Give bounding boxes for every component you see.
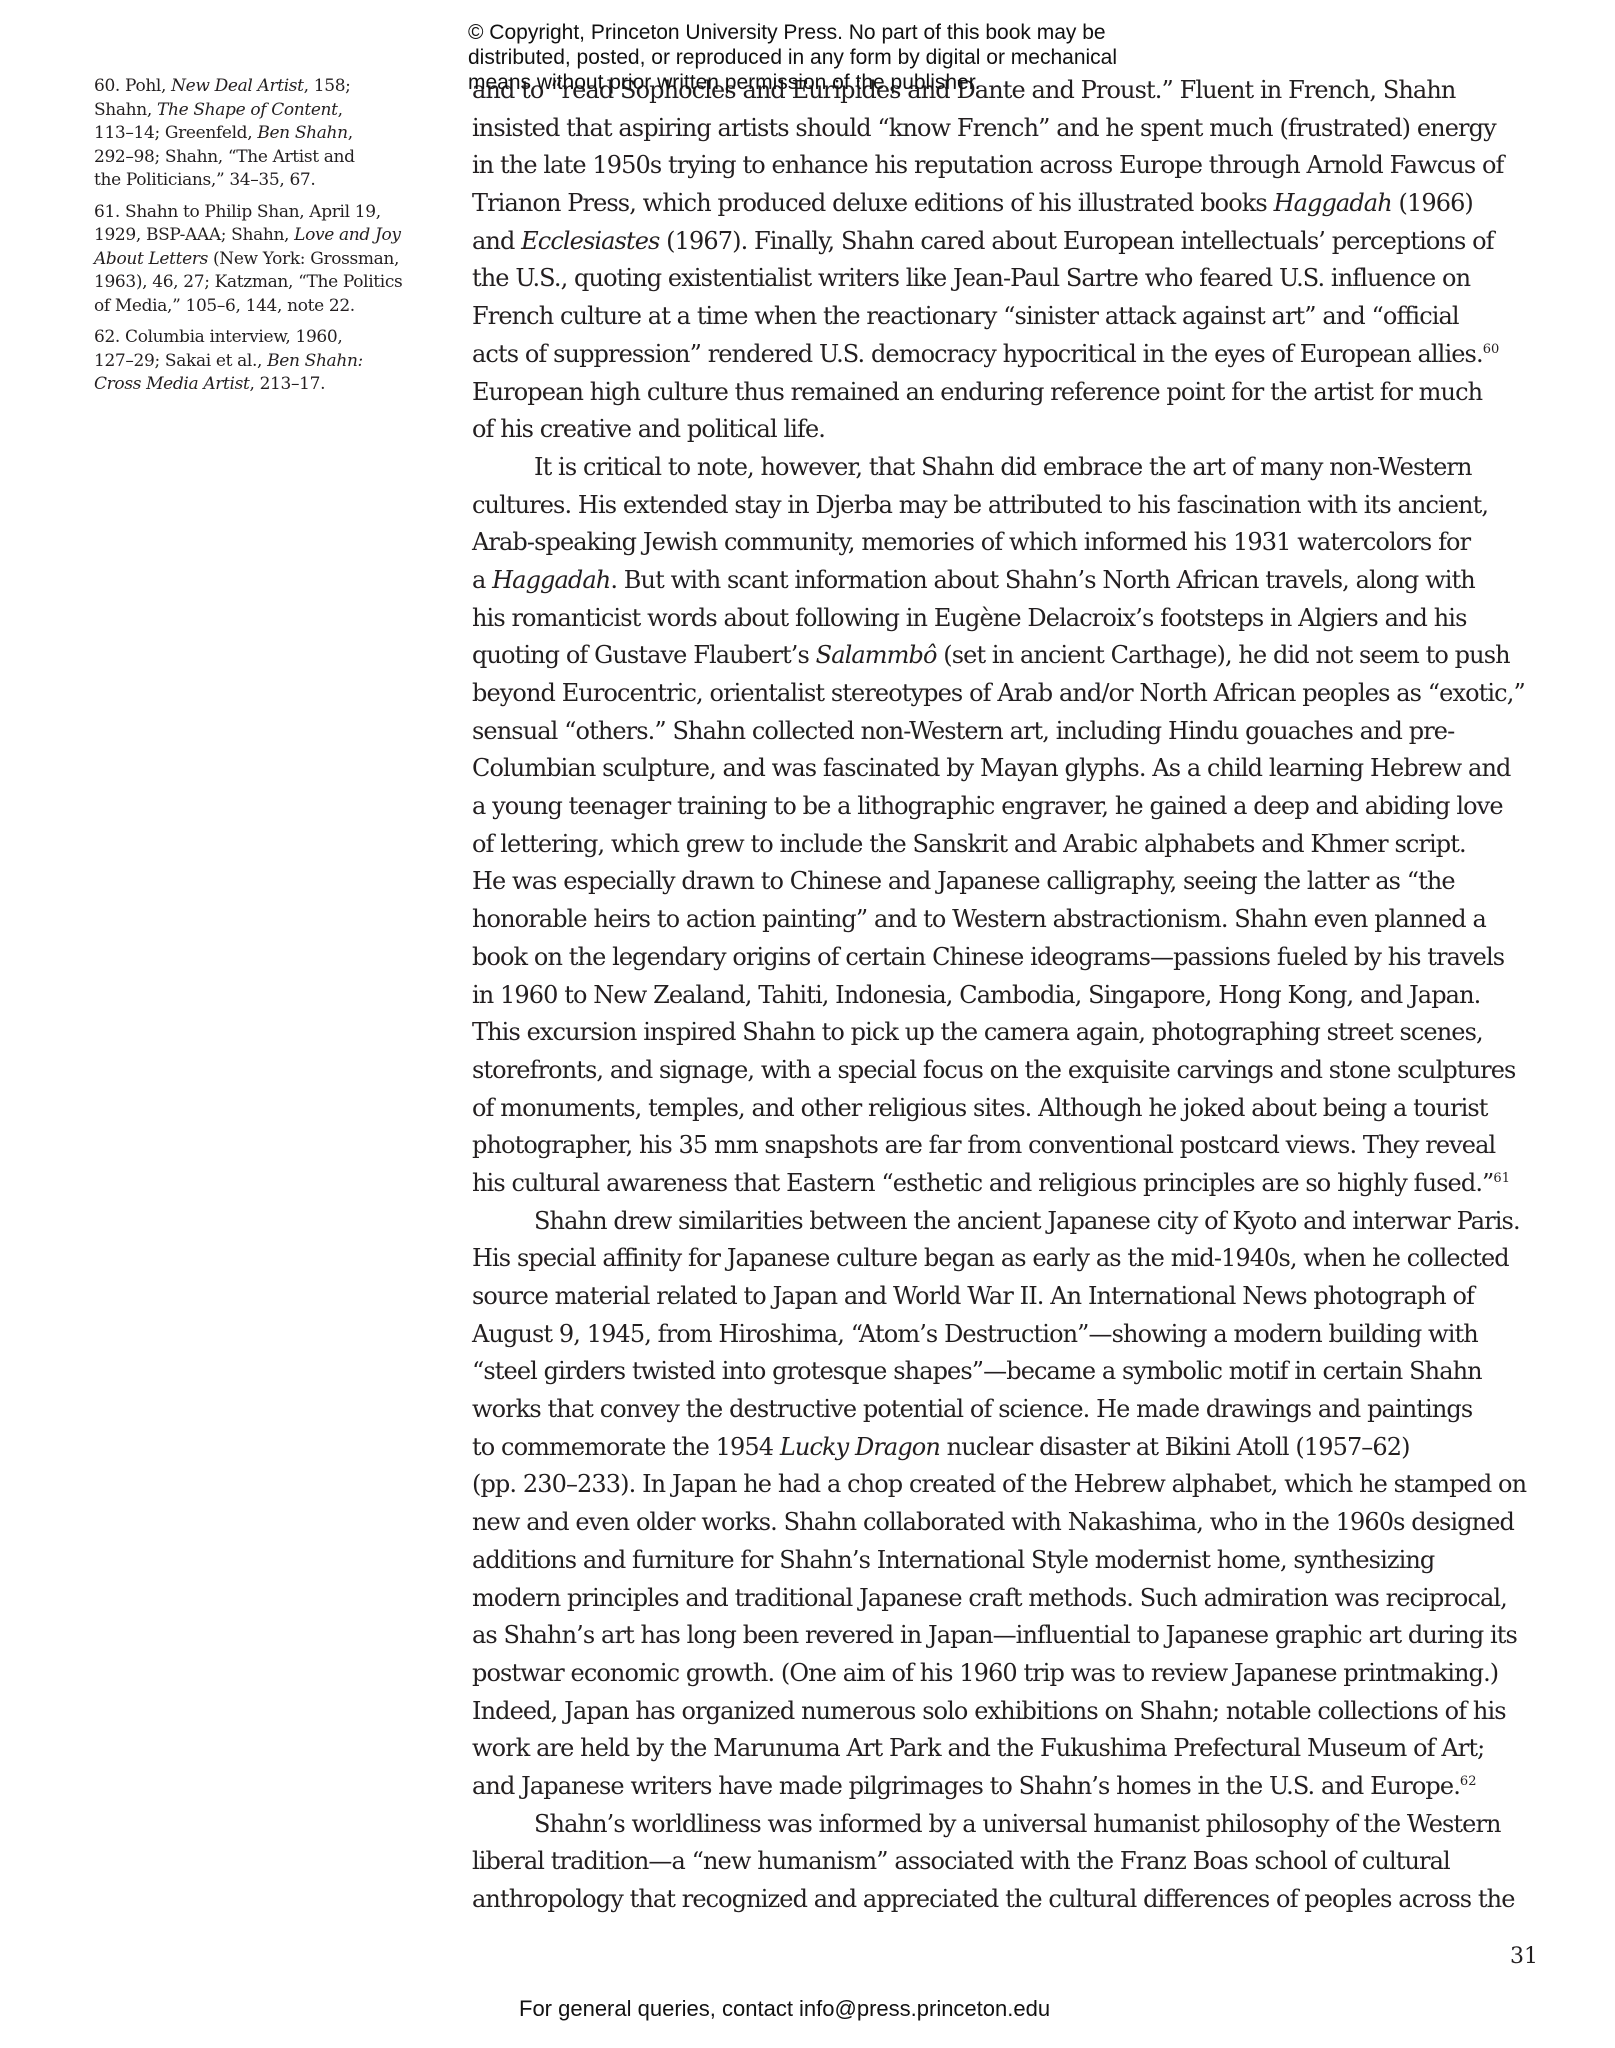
body-line: acts of suppression” rendered U.S. democ…	[472, 336, 1552, 374]
body-line: in 1960 to New Zealand, Tahiti, Indonesi…	[472, 977, 1552, 1015]
body-line: His special affinity for Japanese cultur…	[472, 1240, 1552, 1278]
body-line: He was especially drawn to Chinese and J…	[472, 863, 1552, 901]
body-line: of monuments, temples, and other religio…	[472, 1090, 1552, 1128]
footnote-line: 1929, BSP-AAA; Shahn, Love and Joy	[94, 224, 424, 248]
body-line: photographer, his 35 mm snapshots are fa…	[472, 1127, 1552, 1165]
body-line: French culture at a time when the reacti…	[472, 298, 1552, 336]
footnote-line: 1963), 46, 27; Katzman, “The Politics	[94, 271, 424, 295]
body-line: European high culture thus remained an e…	[472, 374, 1552, 412]
body-text: and to “read Sophocles and Euripides and…	[472, 72, 1552, 1919]
sidenotes: 60. Pohl, New Deal Artist, 158;Shahn, Th…	[94, 75, 424, 405]
body-line: anthropology that recognized and appreci…	[472, 1881, 1552, 1919]
italic-title: Love and Joy	[294, 225, 400, 245]
footnote-62: 62. Columbia interview, 1960,127–29; Sak…	[94, 326, 424, 397]
footnote-line: 127–29; Sakai et al., Ben Shahn:	[94, 350, 424, 374]
body-line: (pp. 230–233). In Japan he had a chop cr…	[472, 1466, 1552, 1504]
copyright-notice: © Copyright, Princeton University Press.…	[468, 20, 1188, 95]
footnote-line: 292–98; Shahn, “The Artist and	[94, 146, 424, 170]
copyright-line: © Copyright, Princeton University Press.…	[468, 20, 1188, 45]
body-line: modern principles and traditional Japane…	[472, 1580, 1552, 1618]
body-line: a Haggadah. But with scant information a…	[472, 562, 1552, 600]
body-line: liberal tradition—a “new humanism” assoc…	[472, 1843, 1552, 1881]
italic-title: The Shape of Content	[157, 100, 338, 120]
body-line: honorable heirs to action painting” and …	[472, 901, 1552, 939]
body-line: works that convey the destructive potent…	[472, 1391, 1552, 1429]
body-line: “steel girders twisted into grotesque sh…	[472, 1353, 1552, 1391]
italic-title: Haggadah	[492, 566, 610, 594]
footnote-reference: 62	[1460, 1774, 1477, 1789]
body-line: of his creative and political life.	[472, 411, 1552, 449]
body-line: Arab-speaking Jewish community, memories…	[472, 524, 1552, 562]
italic-title: Ecclesiastes	[521, 227, 659, 255]
footnote-line: Cross Media Artist, 213–17.	[94, 373, 424, 397]
body-line: in the late 1950s trying to enhance his …	[472, 147, 1552, 185]
copyright-line: means without prior written permission o…	[468, 70, 1188, 95]
footnote-line: 61. Shahn to Philip Shan, April 19,	[94, 201, 424, 225]
body-line: to commemorate the 1954 Lucky Dragon nuc…	[472, 1429, 1552, 1467]
body-line: his romanticist words about following in…	[472, 600, 1552, 638]
body-line: storefronts, and signage, with a special…	[472, 1052, 1552, 1090]
italic-title: New Deal Artist	[171, 76, 304, 96]
footnote-line: 62. Columbia interview, 1960,	[94, 326, 424, 350]
body-line: postwar economic growth. (One aim of his…	[472, 1655, 1552, 1693]
body-line: insisted that aspiring artists should “k…	[472, 110, 1552, 148]
body-line: source material related to Japan and Wor…	[472, 1278, 1552, 1316]
copyright-line: distributed, posted, or reproduced in an…	[468, 45, 1188, 70]
body-line: the U.S., quoting existentialist writers…	[472, 260, 1552, 298]
footnote-reference: 60	[1483, 342, 1500, 357]
footnote-reference: 61	[1493, 1171, 1510, 1186]
body-line: cultures. His extended stay in Djerba ma…	[472, 487, 1552, 525]
body-line: August 9, 1945, from Hiroshima, “Atom’s …	[472, 1316, 1552, 1354]
body-line: of lettering, which grew to include the …	[472, 826, 1552, 864]
footnote-60: 60. Pohl, New Deal Artist, 158;Shahn, Th…	[94, 75, 424, 193]
italic-title: Haggadah	[1274, 189, 1392, 217]
body-line: additions and furniture for Shahn’s Inte…	[472, 1542, 1552, 1580]
footnote-line: About Letters (New York: Grossman,	[94, 248, 424, 272]
body-line: quoting of Gustave Flaubert’s Salammbô (…	[472, 637, 1552, 675]
body-line: Trianon Press, which produced deluxe edi…	[472, 185, 1552, 223]
italic-title: Ben Shahn	[257, 123, 347, 143]
body-line: new and even older works. Shahn collabor…	[472, 1504, 1552, 1542]
body-line: Columbian sculpture, and was fascinated …	[472, 750, 1552, 788]
footnote-line: 60. Pohl, New Deal Artist, 158;	[94, 75, 424, 99]
footer-contact: For general queries, contact info@press.…	[519, 1996, 1050, 2022]
body-line: sensual “others.” Shahn collected non-We…	[472, 713, 1552, 751]
page-number: 31	[1510, 1944, 1538, 1969]
italic-title: Salammbô	[816, 641, 937, 669]
body-line: work are held by the Marunuma Art Park a…	[472, 1730, 1552, 1768]
body-line: book on the legendary origins of certain…	[472, 939, 1552, 977]
footnote-line: Shahn, The Shape of Content,	[94, 99, 424, 123]
body-line: and Ecclesiastes (1967). Finally, Shahn …	[472, 223, 1552, 261]
footnote-line: 113–14; Greenfeld, Ben Shahn,	[94, 122, 424, 146]
footnote-61: 61. Shahn to Philip Shan, April 19,1929,…	[94, 201, 424, 319]
italic-title: About Letters	[94, 249, 208, 269]
paragraph-start-line: It is critical to note, however, that Sh…	[472, 449, 1552, 487]
body-line: Indeed, Japan has organized numerous sol…	[472, 1693, 1552, 1731]
body-line: and Japanese writers have made pilgrimag…	[472, 1768, 1552, 1806]
paragraph-start-line: Shahn’s worldliness was informed by a un…	[472, 1806, 1552, 1844]
footnote-line: the Politicians,” 34–35, 67.	[94, 169, 424, 193]
body-line: beyond Eurocentric, orientalist stereoty…	[472, 675, 1552, 713]
body-line: as Shahn’s art has long been revered in …	[472, 1617, 1552, 1655]
italic-title: Cross Media Artist	[94, 374, 249, 394]
paragraph-start-line: Shahn drew similarities between the anci…	[472, 1203, 1552, 1241]
body-line: This excursion inspired Shahn to pick up…	[472, 1014, 1552, 1052]
body-line: a young teenager training to be a lithog…	[472, 788, 1552, 826]
body-line: his cultural awareness that Eastern “est…	[472, 1165, 1552, 1203]
footnote-line: of Media,” 105–6, 144, note 22.	[94, 295, 424, 319]
italic-title: Lucky Dragon	[780, 1433, 940, 1461]
italic-title: Ben Shahn:	[267, 351, 363, 371]
